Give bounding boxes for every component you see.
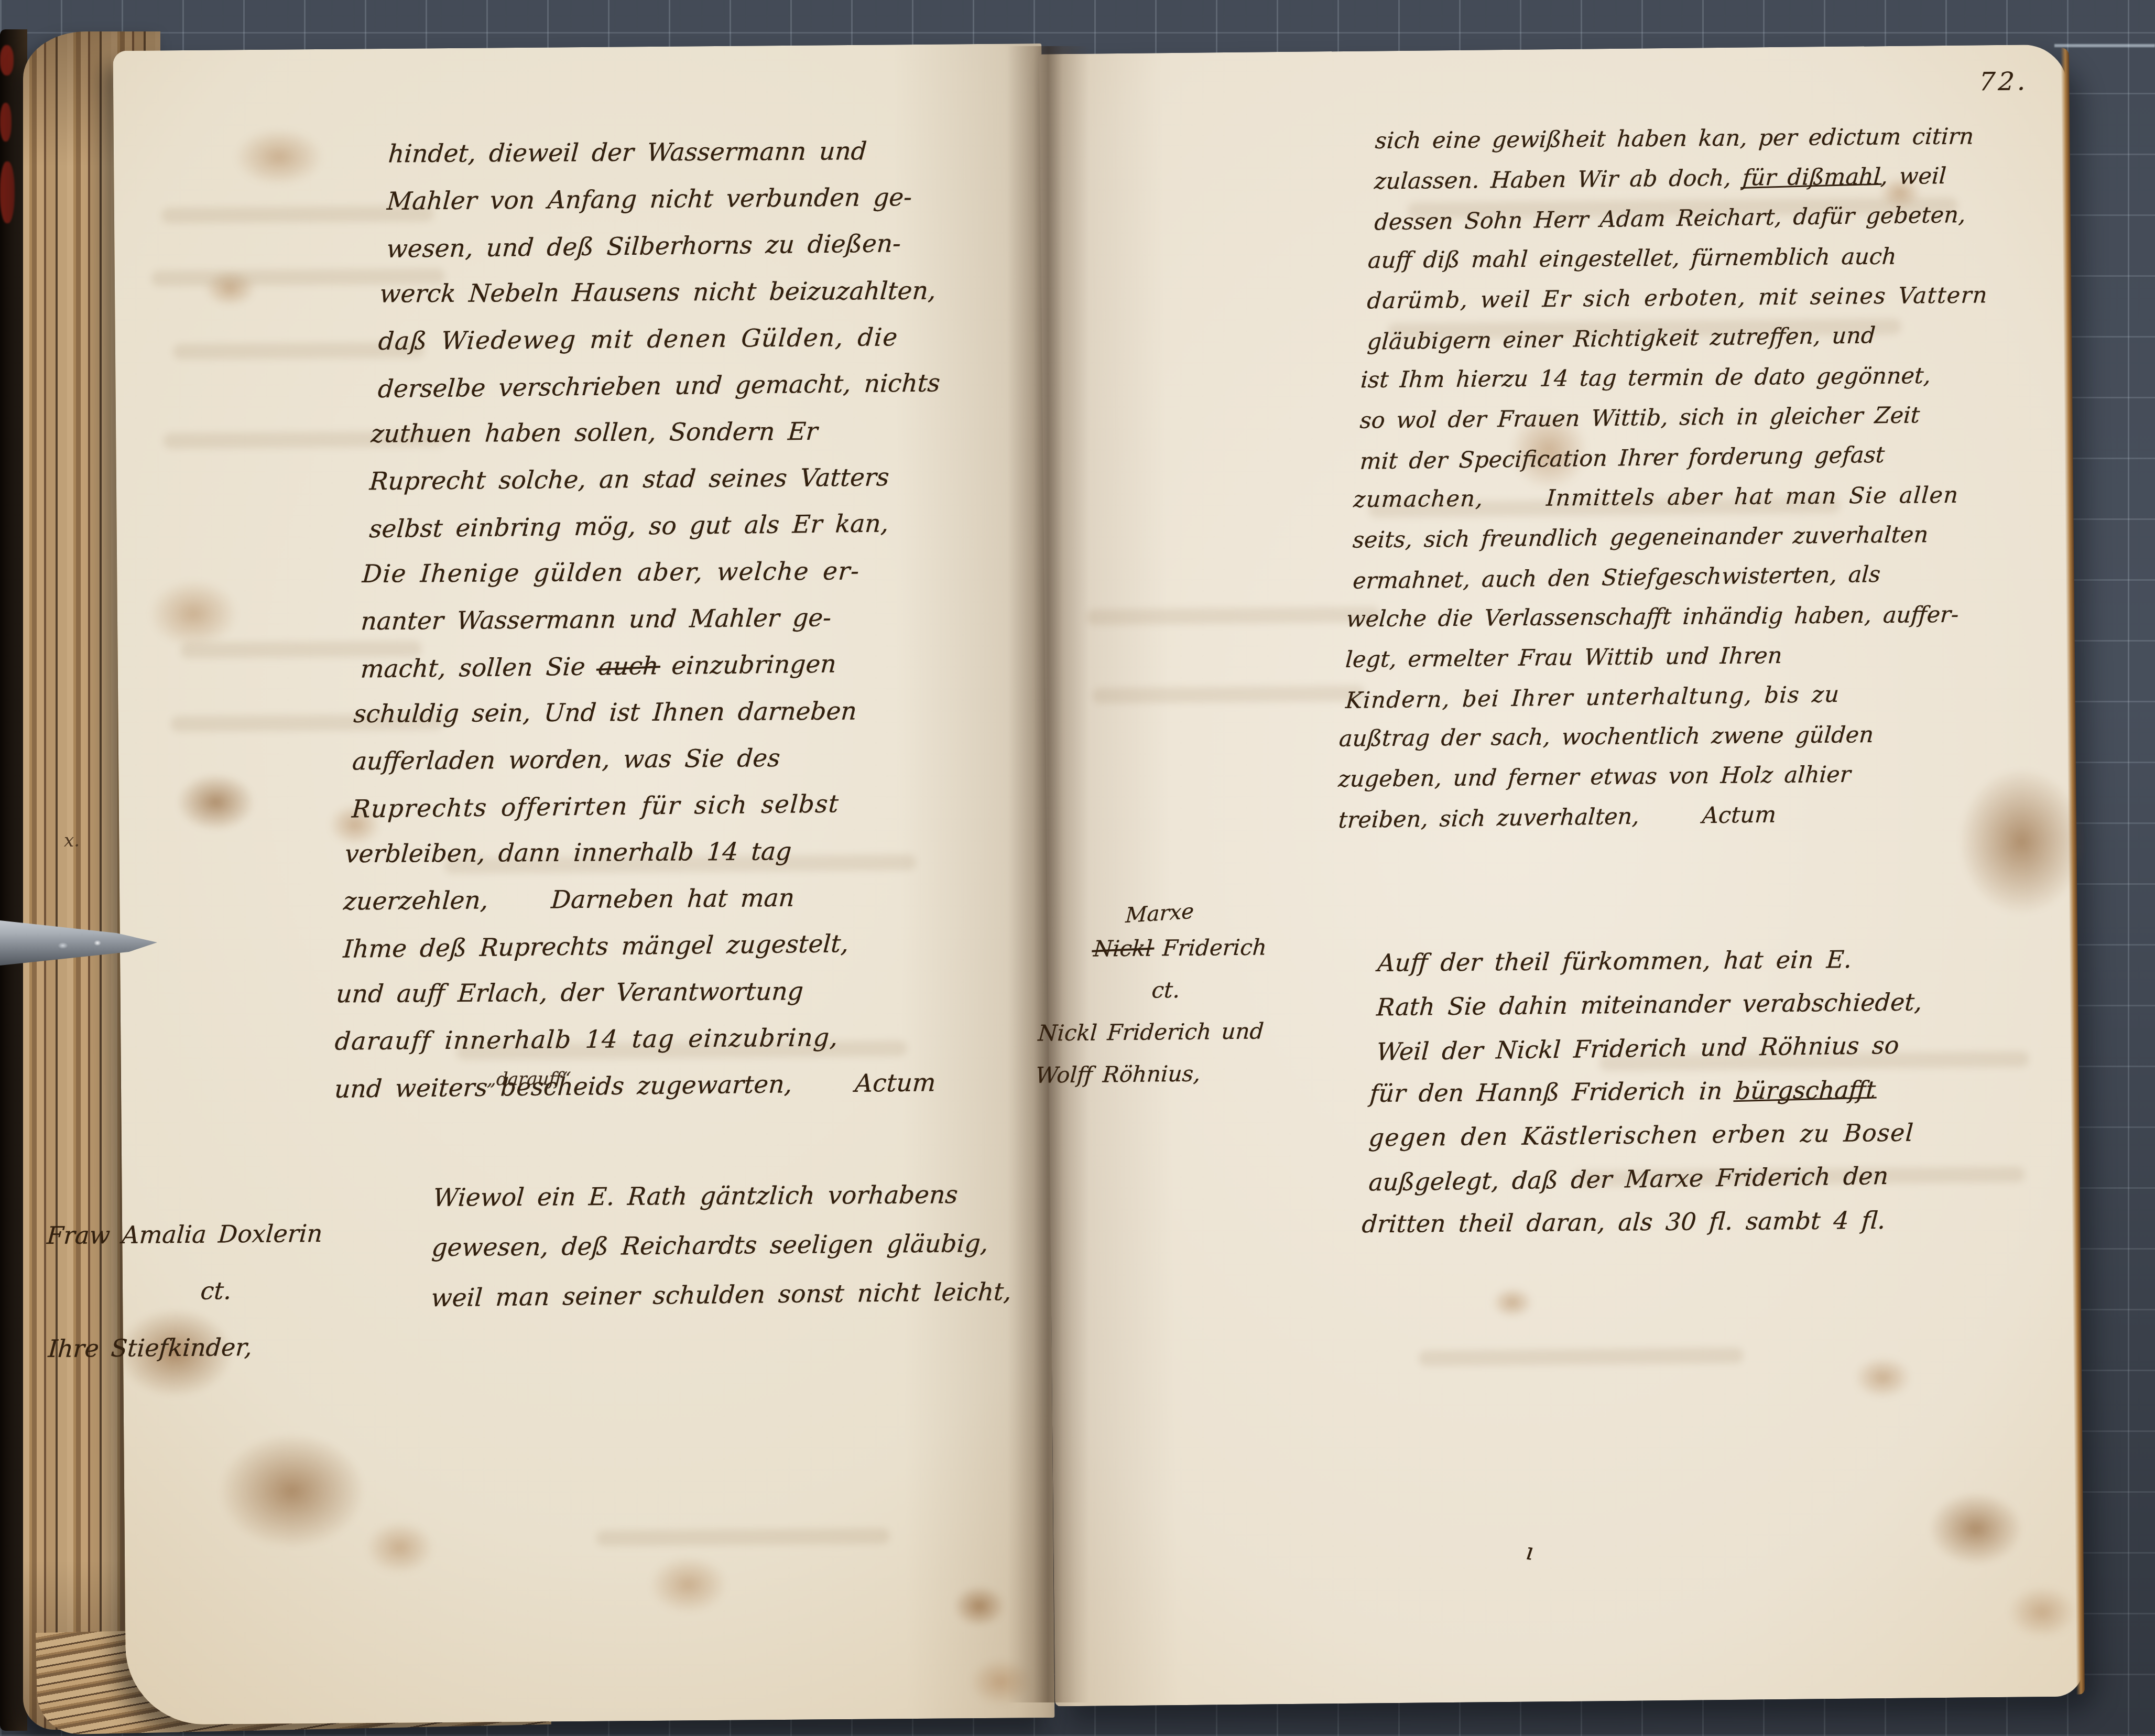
text-line: nanter Wassermann und Mahler ge- <box>360 593 1075 645</box>
stain <box>1928 1492 2023 1566</box>
margin-note-right: Nickl Friderichct.Nickl Friderich undWol… <box>1035 925 1401 1097</box>
text-line: derselbe verschrieben und gemacht, nicht… <box>377 358 1092 413</box>
interlinear-insertion: „darauff“ <box>486 1068 571 1090</box>
text-line: legt, ermelter Frau Wittib und Ihren <box>1344 633 2028 680</box>
text-line: dessen Sohn Herr Adam Reichart, dafür ge… <box>1373 194 2057 243</box>
margin-note-contra: ct. <box>199 1261 454 1319</box>
text-line: zugeben, und ferner etwas von Holz alhie… <box>1337 753 2021 800</box>
red-edge-mark <box>0 161 15 223</box>
text-line: Nickl Friderich <box>1092 925 1401 970</box>
margin-note-inserted-name: Marxe <box>1125 899 1195 928</box>
red-edge-mark <box>0 103 12 142</box>
text-line: außtrag der sach, wochentlich zwene güld… <box>1338 714 2022 759</box>
text-line: selbst einbring mög, so gut als Er kan, <box>368 498 1083 552</box>
stray-ink-mark: ı <box>1525 1538 1536 1566</box>
text-line: seits, sich freundlich gegeneinander zuv… <box>1352 514 2036 560</box>
text-line: und auff Erlach, der Verantwortung <box>335 967 1050 1017</box>
stain <box>218 1433 366 1549</box>
text-line: Kindern, bei Ihrer unterhaltung, bis zu <box>1344 672 2028 721</box>
text-line: ist Ihm hierzu 14 tag termin de dato geg… <box>1359 355 2043 400</box>
ink-bleed-ghost <box>1093 686 1365 704</box>
margin-note-party-a: Fraw Amalia Doxlerin <box>45 1204 458 1264</box>
text-line: Weil der Nickl Friderich und Röhnius so <box>1375 1022 2064 1074</box>
ink-bleed-ghost <box>1086 606 1380 625</box>
text-line: Die Ihenige gülden aber, welche er- <box>361 547 1076 598</box>
ink-bleed-ghost <box>596 1528 890 1546</box>
text-line: schuldig sein, Und ist Ihnen darneben <box>352 687 1068 737</box>
text-line: aufferladen worden, was Sie des <box>351 733 1066 785</box>
text-line: welche die Verlassenschafft inhändig hab… <box>1345 594 2029 639</box>
stain <box>953 1585 1006 1627</box>
text-line: darauff innerhalb 14 tag einzubring, <box>333 1013 1049 1065</box>
text-line: hindet, dieweil der Wassermann und <box>387 127 1102 178</box>
text-line: ct. <box>1150 967 1398 1012</box>
red-edge-mark <box>0 45 14 75</box>
text-line: außgelegt, daß der Marxe Friderich den <box>1367 1152 2056 1205</box>
text-line: so wol der Frauen Wittib, sich in gleich… <box>1359 394 2043 441</box>
text-line: ermahnet, auch den Stiefgeschwisterten, … <box>1352 552 2036 601</box>
marginal-x-mark: x. <box>64 830 80 851</box>
left-page: hindet, dieweil der Wassermann undMahler… <box>113 44 1054 1725</box>
text-line: daß Wiedeweg mit denen Gülden, die <box>377 312 1092 365</box>
margin-note-party-b: Ihre Stiefkinder, <box>47 1317 451 1377</box>
text-line: gegen den Kästlerischen erben zu Bosel <box>1367 1110 2056 1160</box>
text-line: werck Nebeln Hausens nicht beizuzahlten, <box>378 267 1094 318</box>
text-line: sich eine gewißheit haben kan, per edict… <box>1374 116 2058 161</box>
page-number: 72. <box>1978 67 2030 96</box>
text-line: zumachen,Inmittels aber hat man Sie alle… <box>1352 475 2036 520</box>
text-line: Nickl Friderich und <box>1037 1009 1396 1055</box>
gutter-shadow <box>1007 46 1089 1702</box>
photo-scene: hindet, dieweil der Wassermann undMahler… <box>0 0 2155 1736</box>
ink-bleed-ghost <box>1419 1348 1744 1366</box>
stain <box>649 1556 728 1614</box>
text-line: dritten theil daran, als 30 fl. sambt 4 … <box>1361 1197 2050 1246</box>
left-page-text: hindet, dieweil der Wassermann undMahler… <box>331 126 1104 1112</box>
stain <box>1854 1357 1912 1399</box>
stain <box>148 579 238 648</box>
text-line: mit der Specification Ihrer forderung ge… <box>1359 433 2043 482</box>
text-line: für den Hannß Friderich in bürgschafft <box>1368 1067 2058 1115</box>
text-line: auff diß mahl eingestellet, fürnemblich … <box>1367 235 2051 280</box>
text-line: zulassen. Haben Wir ab doch, für dißmahl… <box>1373 155 2057 202</box>
stain <box>366 1521 434 1574</box>
text-line: Rath Sie dahin miteinander verabschiedet… <box>1375 979 2064 1029</box>
text-line: Ruprecht solche, an stad seines Vatters <box>368 452 1084 505</box>
text-line: verbleiben, dann innerhalb 14 tag <box>343 827 1059 877</box>
text-line: wesen, und deß Silberhorns zu dießen- <box>385 218 1101 273</box>
text-line: darümb, weil Er sich erboten, mit seines… <box>1366 275 2050 321</box>
text-line: treiben, sich zuverhalten,Actum <box>1337 792 2021 841</box>
text-line: Auff der theil fürkommen, hat ein E. <box>1376 936 2065 985</box>
text-line: Mahler von Anfang nicht verbunden ge- <box>386 172 1101 225</box>
right-page-text: sich eine gewißheit haben kan, per edict… <box>1335 115 2059 839</box>
text-line: Ihme deß Ruprechts mängel zugestelt, <box>342 918 1057 973</box>
text-line: gläubigern einer Richtigkeit zutreffen, … <box>1366 313 2050 362</box>
text-line: Ruprechts offerirten für sich selbst <box>351 778 1066 833</box>
mat-grid-highlight-line <box>2054 44 2155 47</box>
text-line: und weiters bescheids zugewarten,Actum <box>333 1058 1049 1113</box>
stain <box>1492 1287 1534 1319</box>
stain <box>176 773 255 831</box>
text-line: zuerzehlen,Darneben hat man <box>342 873 1058 925</box>
right-page: 72. sich eine gewißheit haben kan, per e… <box>1039 45 2083 1707</box>
margin-note-left: Fraw Amalia Doxlerin ct. Ihre Stiefkinde… <box>38 1204 458 1377</box>
stain <box>2008 1586 2076 1639</box>
text-line: macht, sollen Sie auch einzubringen <box>359 638 1074 692</box>
right-page-second-text: Auff der theil fürkommen, hat ein E.Rath… <box>1362 936 2067 1247</box>
stain <box>234 128 324 186</box>
text-line: zuthuen haben sollen, Sondern Er <box>369 407 1085 458</box>
